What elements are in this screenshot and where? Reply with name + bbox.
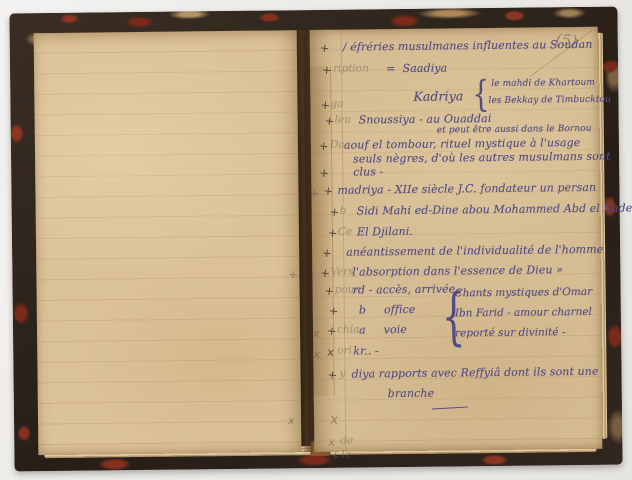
- pencil-annotation: Da: [330, 139, 345, 151]
- handwritten-line: + / éfréries musulmanes influentes au So…: [310, 38, 598, 57]
- margin-mark: x: [329, 411, 339, 428]
- line-text: aouf el tombour, rituel mystique à l'usa…: [344, 136, 581, 152]
- margin-mark: +: [318, 138, 329, 153]
- margin-mark: x: [312, 326, 320, 341]
- pencil-annotation: leu: [335, 114, 351, 126]
- margin-mark: +: [319, 40, 330, 55]
- pencil-annotation: le: [341, 449, 351, 461]
- margin-mark: +: [288, 267, 299, 282]
- line-text: le mahdi de Khartoum: [491, 78, 595, 89]
- margin-mark: x: [313, 347, 321, 362]
- pencil-annotation: ription: [333, 62, 369, 74]
- margin-mark: +: [327, 225, 338, 240]
- right-page: (5) + / éfréries musulmanes influentes a…: [310, 27, 603, 452]
- line-text: Sidi Mahi ed-Dine abou Mohammed Abd el K…: [357, 201, 632, 217]
- pages-spread: + x (5) + / éfréries musulmanes influent…: [34, 27, 603, 455]
- handwritten-line: + clus -: [311, 163, 599, 182]
- pencil-annotation: y: [339, 368, 345, 380]
- pencil-annotation: Vers: [330, 266, 353, 278]
- margin-mark: +: [327, 367, 338, 382]
- margin-mark: x: [287, 413, 295, 428]
- curly-brace-icon: {: [472, 74, 490, 116]
- margin-mark: x: [328, 435, 336, 450]
- scan-background: + x (5) + / éfréries musulmanes influent…: [0, 0, 632, 480]
- handwritten-line: + anéantissement de l'individualité de l…: [312, 243, 600, 262]
- line-text: = Saadiya: [386, 62, 447, 76]
- line-text: b office: [359, 303, 416, 317]
- underline-dash: [432, 407, 468, 410]
- line-text: les Bekkay de Timbucktou: [488, 95, 611, 106]
- line-text: et peut être aussi dans le Bornou: [437, 124, 592, 136]
- handwritten-line: + Ce El Djilani.: [312, 223, 600, 242]
- pencil-annotation: ga: [330, 98, 343, 110]
- margin-mark: +: [329, 204, 340, 219]
- line-text: El Djilani.: [357, 225, 413, 239]
- handwritten-line: + y diya rapports avec Reffyiâ dont ils …: [313, 365, 601, 384]
- margin-mark: +: [319, 165, 330, 180]
- notebook-cover: + x (5) + / éfréries musulmanes influent…: [9, 7, 622, 472]
- line-text: anéantissement de l'individualité de l'h…: [346, 243, 603, 259]
- margin-mark: +: [309, 186, 320, 201]
- line-text: diya rapports avec Reffyiâ dont ils sont…: [351, 365, 598, 381]
- pencil-annotation: b: [340, 205, 347, 217]
- pencil-annotation: de: [340, 435, 353, 447]
- pencil-annotation: Ce: [338, 226, 352, 238]
- stray-mark-row: +: [311, 183, 599, 202]
- line-text: l'absorption dans l'essence de Dieu »: [352, 263, 563, 278]
- stray-mark-row: x: [313, 323, 601, 342]
- line-text: branche: [388, 387, 435, 401]
- margin-mark: +: [320, 265, 331, 280]
- margin-mark: +: [324, 283, 335, 298]
- line-text: Kadriya: [413, 88, 463, 104]
- margin-mark: +: [330, 448, 341, 463]
- line-text: rd - accès, arrivée: [353, 282, 456, 296]
- stray-mark-row: x: [314, 409, 602, 428]
- line-text: clus -: [353, 165, 383, 178]
- margin-mark: +: [320, 97, 331, 112]
- left-page: + x: [34, 30, 302, 455]
- margin-mark: +: [321, 245, 332, 260]
- margin-mark: +: [328, 303, 339, 318]
- stray-mark-row: x: [313, 344, 601, 363]
- stray-mark-row: + le: [314, 446, 602, 465]
- stray-mark-row: x: [38, 413, 301, 432]
- line-text: Ibn Farid - amour charnel: [455, 302, 593, 324]
- line-text: Chants mystiques d'Omar: [455, 282, 593, 304]
- handwritten-line: + b Sidi Mahi ed-Dine abou Mohammed Abd …: [312, 202, 600, 221]
- handwritten-line: branche: [314, 385, 602, 404]
- stray-mark-row: +: [36, 267, 299, 286]
- line-text: / éfréries musulmanes influentes au Soud…: [343, 38, 593, 54]
